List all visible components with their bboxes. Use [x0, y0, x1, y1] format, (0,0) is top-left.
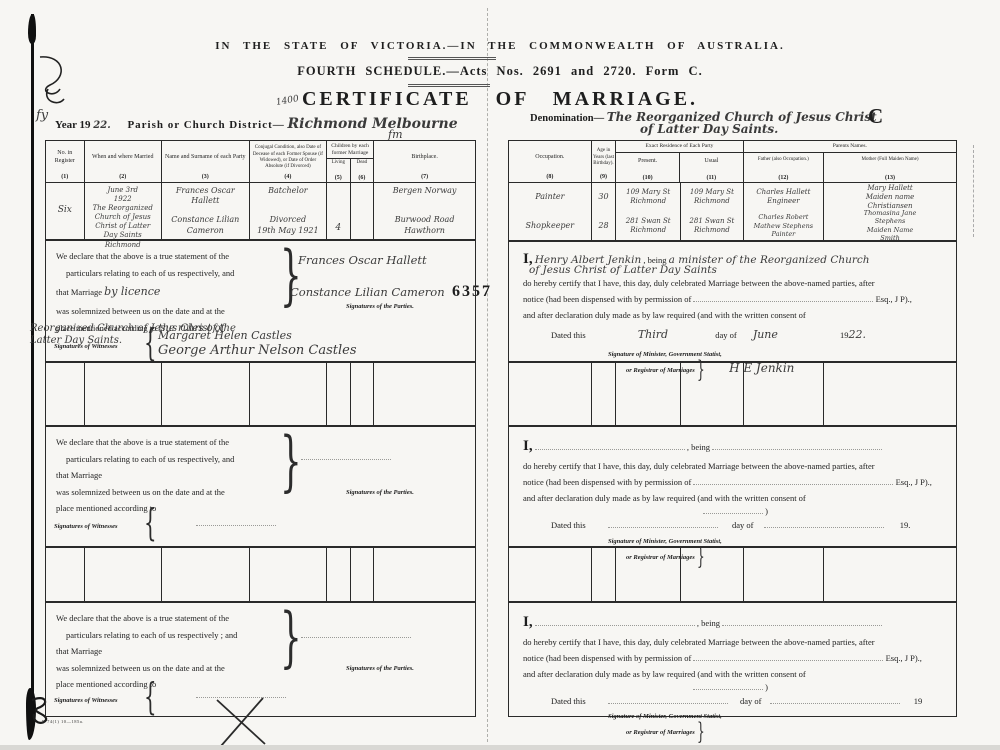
cert2-dated-line: Dated this day of 19. — [523, 517, 944, 533]
blank-dots — [196, 519, 276, 526]
margin-pen-mark-top: fy — [36, 108, 48, 123]
form-letter-c: C — [868, 104, 884, 129]
cert2-line1: I, , being — [523, 435, 944, 458]
witnesses-caption: Signatures of Witnesses — [54, 697, 118, 704]
blank-dots — [608, 697, 728, 704]
blank-dots — [722, 619, 882, 626]
cert1-line3: notice (had been dispensed with by permi… — [523, 291, 944, 307]
declaration-text-3: We declare that the above is a true stat… — [56, 610, 277, 693]
declaration-brace: } — [280, 605, 302, 670]
residence-group-label: Exact Residence of Each Party — [616, 141, 742, 153]
entry1-children-living: 4 — [327, 183, 351, 239]
cert3-line2: do hereby certify that I have, this day,… — [523, 634, 944, 650]
district-label: Parish or Church District— — [127, 119, 284, 131]
col-when-where-married: When and where Married (2) — [85, 141, 162, 182]
left-table-header: No. in Register (1) When and where Marri… — [46, 141, 475, 182]
col-children-living: Living (5) — [327, 159, 351, 182]
bride-mother: Thomasina JaneStephensMaiden NameSmith — [824, 212, 956, 241]
col-age: Age in Years (last Birthday). (9) — [592, 141, 617, 182]
blank-dots — [535, 443, 685, 450]
party2-signature: Constance Lilian Cameron — [290, 285, 445, 299]
children-group-label: Children by each former Marriage — [327, 141, 373, 159]
cert3-line3: notice (had been dispensed with by permi… — [523, 650, 944, 666]
blank-dots — [196, 691, 286, 698]
cert3-dated-line: Dated this day of 19 — [523, 693, 944, 709]
bride-usual-residence: 281 Swan StRichmond — [681, 212, 744, 241]
entry1-bride-row: Shopkeeper 28 281 Swan StRichmond 281 Sw… — [509, 212, 956, 241]
groom-occupation: Painter — [509, 183, 592, 212]
state-header: IN THE STATE OF VICTORIA.—IN THE COMMONW… — [60, 40, 940, 52]
marriage-certificate-scan: fy B 74(1) 10—185a. IN THE STATE OF VICT… — [0, 0, 1000, 750]
declaration-brace: } — [280, 429, 302, 494]
col-mother: Mother (Full Maiden Name) (13) — [824, 153, 956, 182]
cert2-line2: do hereby certify that I have, this day,… — [523, 458, 944, 474]
col-residence-usual: Usual (11) — [680, 153, 743, 182]
center-fold-line — [487, 8, 488, 742]
col-children-dead: Dead (6) — [351, 159, 374, 182]
blank-dots — [693, 654, 883, 661]
parties-caption: Signatures of the Parties. — [346, 303, 414, 310]
denomination-label: Denomination— — [530, 113, 604, 124]
printer-imprint: B 74(1) 10—185a. — [42, 719, 84, 724]
certificate-title: CERTIFICATE OF MARRIAGE. — [60, 88, 940, 111]
certification-block-3: I, , being do hereby certify that I have… — [509, 601, 956, 716]
declaration-block-3: We declare that the above is a true stat… — [46, 601, 475, 716]
right-edge-fold-mark — [973, 145, 974, 237]
district-value: Richmond Melbourne — [287, 116, 457, 132]
blank-dots — [703, 507, 763, 514]
declaration-block-1: We declare that the above is a true stat… — [46, 239, 475, 361]
binding-edge-blob-top — [28, 14, 36, 44]
right-table-entry-3-blank — [509, 546, 956, 601]
blank-dots — [535, 619, 695, 626]
blank-dots — [301, 631, 411, 638]
entry1-children-dead — [351, 183, 375, 239]
entry1-groom-row: Painter 30 109 Mary StRichmond 109 Mary … — [509, 183, 956, 212]
blank-dots — [693, 478, 893, 485]
right-table-header: Occupation. (8) Age in Years (last Birth… — [509, 141, 956, 182]
bride-father: Charles RobertMathew StephensPainter — [744, 212, 824, 241]
marriage-mode-handwriting: by licence — [104, 285, 160, 298]
denomination-line: Denomination— The Reorganized Church of … — [530, 110, 877, 136]
col-occupation: Occupation. (8) — [509, 141, 592, 182]
witnesses-brace: { — [144, 505, 157, 543]
entry1-when-where: June 3rd1922 The ReorganizedChurch of Je… — [85, 183, 162, 239]
parties-caption: Signatures of the Parties. — [346, 489, 414, 496]
col-name-surname: Name and Surname of each Party (3) — [162, 141, 250, 182]
groom-present-residence: 109 Mary StRichmond — [616, 183, 681, 212]
dated-month-handwriting: June — [753, 328, 778, 341]
entry1-conjugal-condition: Batchelor Divorced19th May 1921 — [250, 183, 327, 239]
left-table-entry-3-blank — [46, 546, 475, 601]
cert1-line4: and after declaration duly made as by la… — [523, 307, 944, 323]
col-residence-present: Present. (10) — [616, 153, 680, 182]
col-parents-group: Parents Names. Father (also Occupation.)… — [744, 141, 956, 182]
cert3-line1: I, , being — [523, 611, 944, 634]
blank-dots — [770, 697, 900, 704]
certification-block-2: I, , being do hereby certify that I have… — [509, 425, 956, 546]
col-father: Father (also Occupation.) (12) — [744, 153, 824, 182]
bride-age: 28 — [592, 212, 617, 241]
dated-year-handwriting: 22. — [849, 328, 867, 341]
year-label: Year 19 — [55, 119, 91, 131]
blank-dots — [764, 521, 884, 528]
blank-dots — [301, 453, 391, 460]
groom-father: Charles HallettEngineer — [744, 183, 824, 212]
witness1-signature: Margaret Helen Castles — [158, 329, 292, 342]
right-table-entry-1: Painter 30 109 Mary StRichmond 109 Mary … — [509, 182, 956, 240]
groom-age: 30 — [592, 183, 617, 212]
col-birthplace: Birthplace. (7) — [374, 141, 475, 182]
scan-bottom-edge — [0, 745, 1000, 750]
col-children-group: Children by each former Marriage Living … — [327, 141, 374, 182]
cert1-line2: do hereby certify that I have, this day,… — [523, 275, 944, 291]
cert2-line3: notice (had been dispensed with by permi… — [523, 474, 944, 490]
blank-dots — [712, 443, 882, 450]
witnesses-brace: { — [144, 325, 157, 363]
blank-dots — [693, 295, 873, 302]
cert2-line4: and after declaration duly made as by la… — [523, 490, 944, 506]
witnesses-caption: Signatures of Witnesses — [54, 523, 118, 530]
cert3-line4: and after declaration duly made as by la… — [523, 666, 944, 682]
right-table-entry-2-blank — [509, 361, 956, 425]
entry1-birthplace: Bergen Norway Burwood RoadHawthorn — [374, 183, 475, 239]
parties-caption: Signatures of the Parties. — [346, 665, 414, 672]
dated-day-handwriting: Third — [638, 328, 668, 341]
left-table-entry-2-blank — [46, 361, 475, 425]
cert3-signature-caption: Signature of Minister, Government Statis… — [608, 711, 944, 743]
left-table-entry-1: Six June 3rd1922 The ReorganizedChurch o… — [46, 182, 475, 239]
declaration-text-2: We declare that the above is a true stat… — [56, 434, 277, 517]
parents-group-label: Parents Names. — [744, 141, 956, 153]
schedule-header: FOURTH SCHEDULE.—Acts Nos. 2691 and 2720… — [60, 64, 940, 79]
groom-mother: Mary HallettMaiden nameChristiansen — [824, 183, 956, 212]
declaration-block-2: We declare that the above is a true stat… — [46, 425, 475, 546]
certification-block-1: I, Henry Albert Jenkin , being a ministe… — [509, 240, 956, 361]
header-rule-1 — [408, 57, 496, 60]
entry1-register-no: Six — [46, 183, 85, 239]
cert2-close-paren: ) — [703, 506, 944, 516]
bride-present-residence: 281 Swan StRichmond — [616, 212, 681, 241]
denomination-value-2: of Latter Day Saints. — [640, 122, 877, 136]
cert1-dated-line: Dated this Third day of June 1922. — [523, 325, 944, 346]
header-rule-2 — [408, 84, 490, 87]
entry1-names: Frances OscarHallett Constance LilianCam… — [162, 183, 250, 239]
right-form-panel: Occupation. (8) Age in Years (last Birth… — [508, 140, 957, 717]
witnesses-brace: { — [144, 679, 157, 717]
groom-usual-residence: 109 Mary StRichmond — [681, 183, 744, 212]
party1-signature: Frances Oscar Hallett — [298, 253, 427, 267]
witnesses-caption: Signatures of Witnesses — [54, 343, 118, 350]
cert3-close-paren: ) — [693, 682, 944, 692]
col-conjugal-condition: Conjugal Condition, also Date of Decease… — [250, 141, 327, 182]
year-value: 22. — [93, 120, 110, 131]
col-residence-group: Exact Residence of Each Party Present. (… — [616, 141, 743, 182]
bride-occupation: Shopkeeper — [509, 212, 592, 241]
witness2-signature: George Arthur Nelson Castles — [158, 343, 357, 358]
left-form-panel: No. in Register (1) When and where Marri… — [45, 140, 476, 717]
blank-dots — [608, 521, 718, 528]
blank-dots — [693, 683, 763, 690]
col-no-in-register: No. in Register (1) — [46, 141, 85, 182]
